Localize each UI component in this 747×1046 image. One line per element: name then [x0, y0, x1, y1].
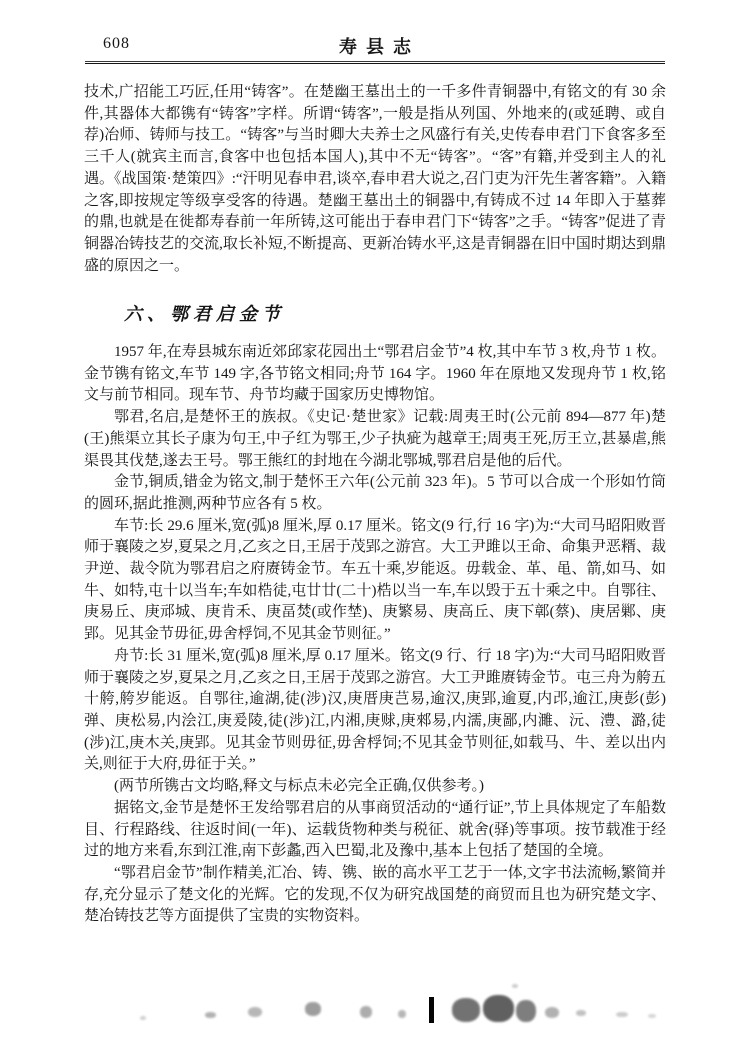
scan-artifact [483, 995, 514, 1022]
body-paragraph: “鄂君启金节”制作精美,汇冶、铸、镌、嵌的高水平工艺于一体,文字书法流畅,繁简并… [84, 863, 666, 928]
body-paragraph: 车节:长 29.6 厘米,宽(弧)8 厘米,厚 0.17 厘米。铭文(9 行,行… [84, 516, 666, 646]
body-paragraph: 鄂君,名启,是楚怀王的族叔。《史记·楚世家》记载:周夷王时(公元前 894—87… [84, 407, 666, 472]
header-rule [85, 61, 665, 62]
scan-artifact-bar [429, 997, 434, 1023]
scan-artifact [512, 984, 518, 988]
body-paragraph: 技术,广招能工巧匠,任用“铸客”。在楚幽王墓出土的一千多件青铜器中,有铭文的有 … [84, 82, 666, 277]
scanned-book-page: 608 寿县志 技术,广招能工巧匠,任用“铸客”。在楚幽王墓出土的一千多件青铜器… [0, 0, 747, 1046]
scan-artifact [140, 1016, 146, 1020]
body-paragraph: 据铭文,金节是楚怀王发给鄂君启的从事商贸活动的“通行证”,节上具体规定了车船数目… [84, 798, 666, 863]
scan-artifact [545, 1007, 559, 1018]
scan-artifact [648, 1014, 656, 1018]
scan-artifact [305, 1002, 321, 1016]
scan-artifact [616, 1012, 628, 1017]
scan-artifact [248, 1007, 262, 1017]
scan-artifact [576, 1010, 586, 1016]
body-paragraph: 金节,铜质,错金为铭文,制于楚怀王六年(公元前 323 年)。5 节可以合成一个… [84, 472, 666, 515]
scan-artifact [398, 1010, 406, 1018]
section-heading: 六、鄂君启金节 [124, 304, 666, 326]
body-paragraph: 舟节:长 31 厘米,宽(弧)8 厘米,厚 0.17 厘米。铭文(9 行、行 1… [84, 646, 666, 776]
page-body: 技术,广招能工巧匠,任用“铸客”。在楚幽王墓出土的一千多件青铜器中,有铭文的有 … [84, 82, 666, 928]
scan-artifact [205, 1012, 216, 1018]
book-title: 寿县志 [85, 33, 665, 59]
scan-artifact [452, 998, 480, 1022]
scan-artifact [516, 1000, 536, 1022]
body-paragraph: (两节所镌古文均略,释文与标点未必完全正确,仅供参考。) [84, 776, 666, 798]
page-header: 608 寿县志 [85, 33, 665, 59]
body-paragraph: 1957 年,在寿县城东南近郊邱家花园出土“鄂君启金节”4 枚,其中车节 3 枚… [84, 342, 666, 407]
scan-artifact [360, 1006, 372, 1018]
